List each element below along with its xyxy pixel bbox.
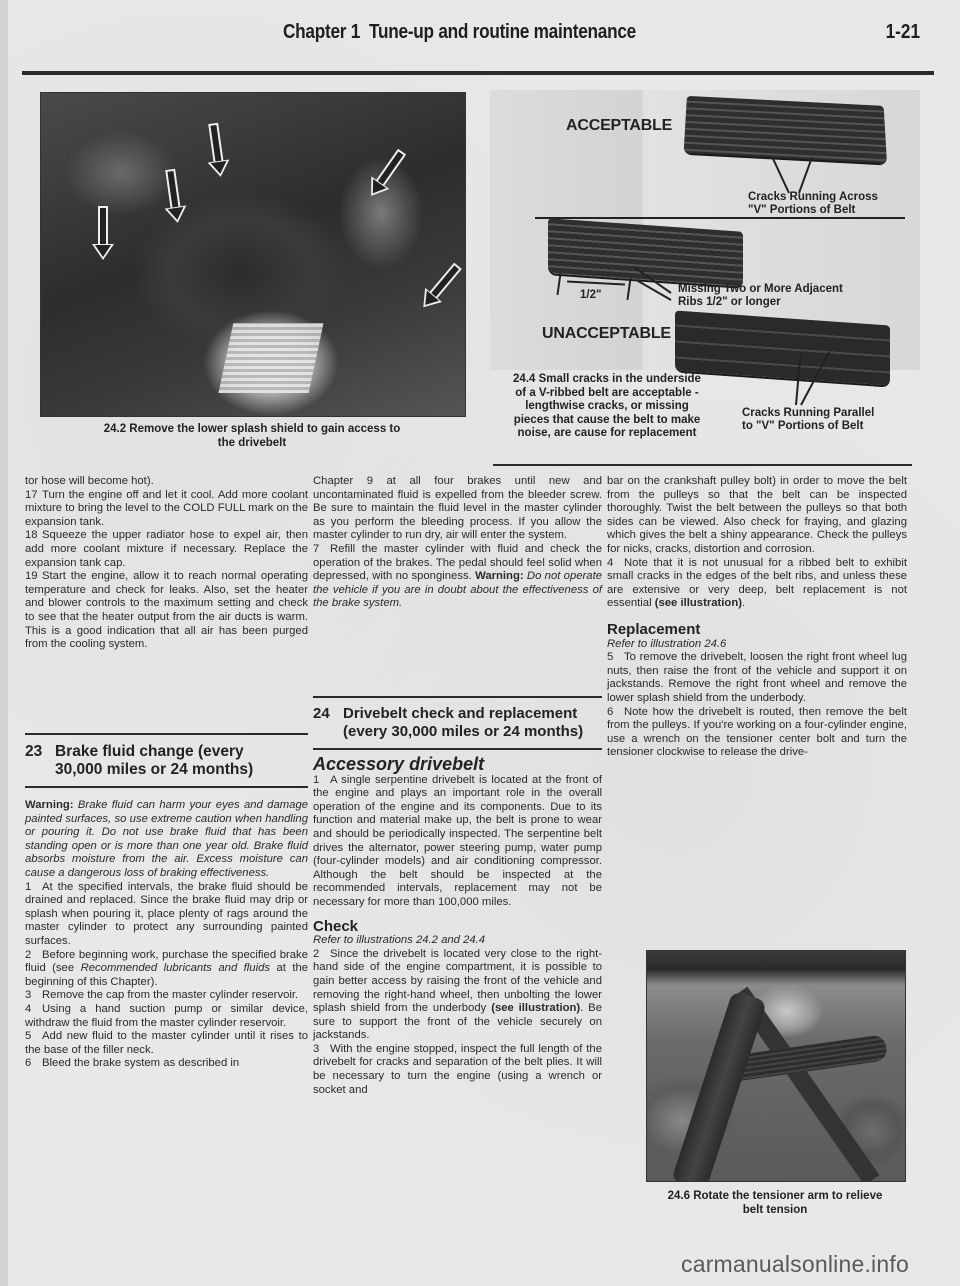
photo-tensioner-arm	[646, 950, 906, 1182]
figure-24-2-caption: 24.2 Remove the lower splash shield to g…	[40, 423, 464, 450]
header-rule	[22, 71, 934, 75]
label-acceptable: ACCEPTABLE	[566, 117, 672, 135]
paragraph-4: 4Using a hand suction pump or similar de…	[25, 1003, 308, 1030]
caption-line: 24.2 Remove the lower splash shield to g…	[40, 423, 464, 437]
paragraph: bar on the crankshaft pulley bolt) in or…	[607, 475, 907, 557]
paragraph-17: 17Turn the engine off and let it cool. A…	[25, 489, 308, 530]
section-rule	[313, 696, 602, 698]
figure-24-6-caption: 24.6 Rotate the tensioner arm to relieve…	[646, 1190, 904, 1217]
subheading-replacement: Replacement	[607, 623, 907, 637]
figure-24-4-caption: 24.4 Small cracks in the underside of a …	[492, 373, 722, 441]
note-missing-ribs: Missing Two or More Adjacent Ribs 1/2" o…	[678, 283, 843, 309]
warning-note: Warning: Brake fluid can harm your eyes …	[25, 799, 308, 881]
chapter-title: Chapter 1 Tune-up and routine maintenanc…	[283, 21, 636, 44]
watermark: carmanualsonline.info	[681, 1251, 909, 1278]
section-rule	[25, 786, 308, 788]
subheading-check: Check	[313, 920, 602, 934]
section-rule	[25, 733, 308, 735]
column-1-section-23: Warning: Brake fluid can harm your eyes …	[25, 799, 308, 1071]
page-binding-edge	[0, 0, 8, 1286]
figure-divider	[535, 217, 905, 219]
paragraph-6: 6Note how the drivebelt is routed, then …	[607, 706, 907, 760]
figure-bottom-rule	[493, 464, 912, 466]
breaker-bar-image	[671, 990, 767, 1182]
section-rule	[313, 748, 602, 750]
paragraph-2: 2Before beginning work, purchase the spe…	[25, 949, 308, 990]
paragraph-6: 6Bleed the brake system as described in	[25, 1057, 308, 1071]
caption-line: the drivebelt	[40, 437, 464, 451]
figure-24-4-belt-wear: ACCEPTABLE Cracks Running Across "V" Por…	[470, 90, 930, 470]
subheading-accessory-drivebelt: Accessory drivebelt	[313, 758, 602, 772]
illustration-reference: Refer to illustrations 24.2 and 24.4	[313, 934, 602, 948]
note-cracks-parallel: Cracks Running Parallel to "V" Portions …	[742, 407, 874, 433]
paragraph-19: 19Start the engine, allow it to reach no…	[25, 570, 308, 652]
paragraph: tor hose will become hot).	[25, 475, 308, 489]
column-1-top: tor hose will become hot). 17Turn the en…	[25, 475, 308, 652]
paragraph-1: 1At the specified intervals, the brake f…	[25, 881, 308, 949]
paragraph-3: 3Remove the cap from the master cylinder…	[25, 989, 308, 1003]
section-23-heading: 23Brake fluid change (every30,000 miles …	[25, 743, 308, 779]
paragraph-7: 7Refill the master cylinder with fluid a…	[313, 543, 602, 611]
page-number: 1-21	[886, 21, 920, 44]
note-cracks-across: Cracks Running Across "V" Portions of Be…	[748, 191, 878, 217]
belt-acceptable-image	[684, 96, 887, 163]
paragraph: Chapter 9 at all four brakes until new a…	[313, 475, 602, 543]
paragraph-18: 18Squeeze the upper radiator hose to exp…	[25, 529, 308, 570]
paragraph-3: 3With the engine stopped, inspect the fu…	[313, 1043, 602, 1097]
column-2-section-24: Accessory drivebelt 1A single serpentine…	[313, 758, 602, 1097]
column-3-top: bar on the crankshaft pulley bolt) in or…	[607, 475, 907, 760]
paragraph-2: 2Since the drivebelt is located very clo…	[313, 948, 602, 1043]
column-2-top: Chapter 9 at all four brakes until new a…	[313, 475, 602, 611]
label-unacceptable: UNACCEPTABLE	[542, 325, 671, 343]
paragraph-5: 5To remove the drivebelt, loosen the rig…	[607, 651, 907, 705]
paragraph-1: 1A single serpentine drivebelt is locate…	[313, 774, 602, 910]
photo-splash-shield	[40, 92, 466, 417]
section-24-heading: 24Drivebelt check and replacement(every …	[313, 705, 605, 741]
paragraph-4: 4Note that it is not unusual for a ribbe…	[607, 557, 907, 611]
dimension-label: 1/2"	[580, 289, 601, 302]
radiator-grid	[219, 323, 324, 393]
illustration-reference: Refer to illustration 24.6	[607, 638, 907, 652]
paragraph-5: 5Add new fluid to the master cylinder un…	[25, 1030, 308, 1057]
